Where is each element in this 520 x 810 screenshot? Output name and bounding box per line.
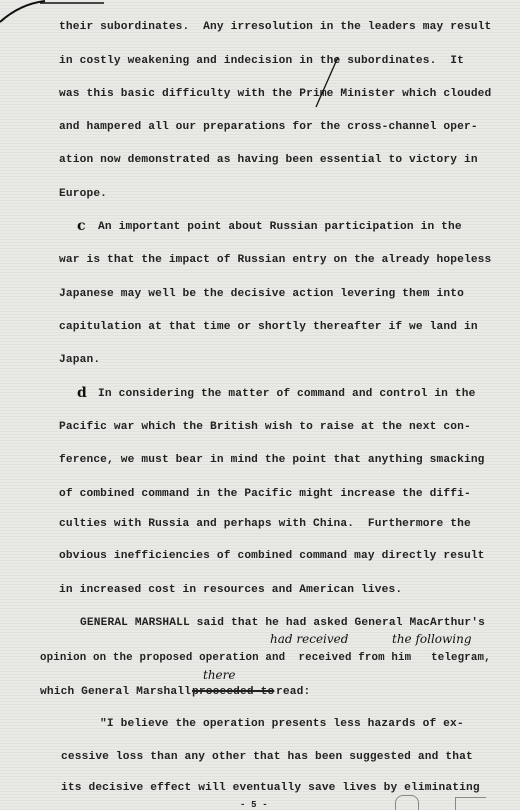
handwritten-insertion: the following bbox=[392, 632, 472, 646]
stamp-mark bbox=[395, 795, 419, 810]
text-line: cessive loss than any other that has bee… bbox=[61, 751, 473, 763]
stamp-mark bbox=[455, 797, 486, 810]
text-line: in costly weakening and indecision in th… bbox=[59, 55, 464, 67]
page-number: - 5 - bbox=[240, 800, 268, 810]
text-line: obvious inefficiencies of combined comma… bbox=[59, 550, 485, 562]
text-line: opinion on the proposed operation and re… bbox=[40, 652, 491, 664]
text-line: read: bbox=[276, 686, 310, 698]
text-line: culties with Russia and perhaps with Chi… bbox=[59, 518, 471, 530]
text-line: GENERAL MARSHALL said that he had asked … bbox=[80, 617, 485, 629]
text-line: ation now demonstrated as having been es… bbox=[59, 154, 478, 166]
text-line: Europe. bbox=[59, 188, 107, 200]
text-line: capitulation at that time or shortly the… bbox=[59, 321, 478, 333]
struck-text: proceeded to bbox=[192, 686, 274, 698]
text-line: of combined command in the Pacific might… bbox=[59, 488, 471, 500]
pen-slash-mark bbox=[310, 55, 340, 110]
text-line: In considering the matter of command and… bbox=[98, 388, 476, 400]
text-line: "I believe the operation presents less h… bbox=[100, 718, 464, 730]
text-line: which General Marshall bbox=[40, 686, 191, 698]
paragraph-mark: c bbox=[77, 218, 86, 234]
text-line: Japanese may well be the decisive action… bbox=[59, 288, 464, 300]
paragraph-mark: d bbox=[77, 385, 87, 401]
handwritten-insertion: had received bbox=[270, 632, 348, 646]
text-line: was this basic difficulty with the Prime… bbox=[59, 88, 491, 100]
text-line: An important point about Russian partici… bbox=[98, 221, 462, 233]
text-line: and hampered all our preparations for th… bbox=[59, 121, 478, 133]
text-line: in increased cost in resources and Ameri… bbox=[59, 584, 402, 596]
text-line: their subordinates. Any irresolution in … bbox=[59, 21, 491, 33]
text-line: war is that the impact of Russian entry … bbox=[59, 254, 491, 266]
text-line: its decisive effect will eventually save… bbox=[61, 782, 480, 794]
text-line: Japan. bbox=[59, 354, 100, 366]
handwritten-insertion: there bbox=[203, 668, 236, 682]
document-page: their subordinates. Any irresolution in … bbox=[0, 0, 520, 810]
text-line: Pacific war which the British wish to ra… bbox=[59, 421, 471, 433]
text-line: ference, we must bear in mind the point … bbox=[59, 454, 485, 466]
